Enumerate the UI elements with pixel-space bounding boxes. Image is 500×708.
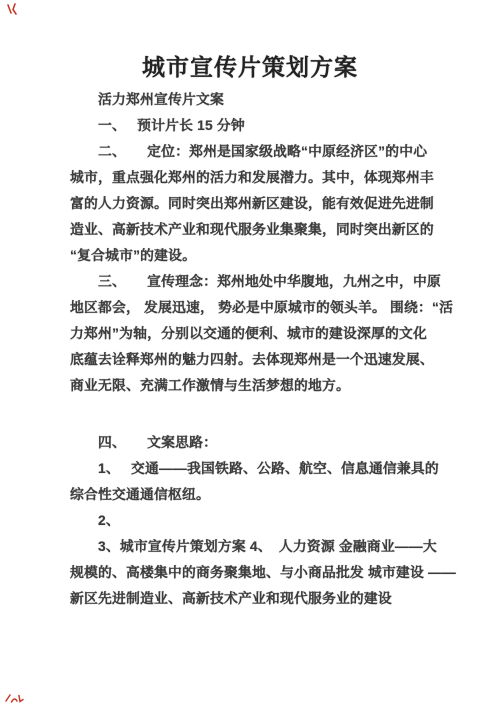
paragraph-subtitle: 活力郑州宣传片文案 [70, 87, 500, 113]
paragraph-outline-heading: 四、 文案思路： [70, 430, 500, 456]
red-ink-mark-bottom-icon [5, 693, 24, 704]
paragraph-positioning: 二、 定位：郑州是国家级战略“中原经济区”的中心 城市，重点强化郑州的活力和发展… [70, 139, 500, 269]
paragraph-outline-item-1: 1、 交通——我国铁路、公路、航空、信息通信兼具的 综合性交通通信枢纽。 [70, 456, 500, 508]
paragraph-outline-items-3-4: 3、城市宣传片策划方案 4、 人力资源 金融商业——大 规模的、高楼集中的商务聚… [70, 534, 500, 612]
document-content: 城市宣传片策划方案 活力郑州宣传片文案 一、 预计片长 15 分钟 二、 定位：… [70, 52, 500, 612]
paragraph-concept: 三、 宣传理念：郑州地处中华腹地，九州之中，中原 地区都会， 发展迅速， 势必是… [70, 269, 500, 399]
red-ink-mark-top-icon [6, 3, 18, 16]
paragraph-outline-item-2: 2、 [70, 508, 500, 534]
document-body: 活力郑州宣传片文案 一、 预计片长 15 分钟 二、 定位：郑州是国家级战略“中… [70, 87, 500, 612]
paragraph-duration: 一、 预计片长 15 分钟 [70, 113, 500, 139]
document-title: 城市宣传片策划方案 [0, 52, 500, 82]
document-page: 城市宣传片策划方案 活力郑州宣传片文案 一、 预计片长 15 分钟 二、 定位：… [0, 0, 500, 708]
